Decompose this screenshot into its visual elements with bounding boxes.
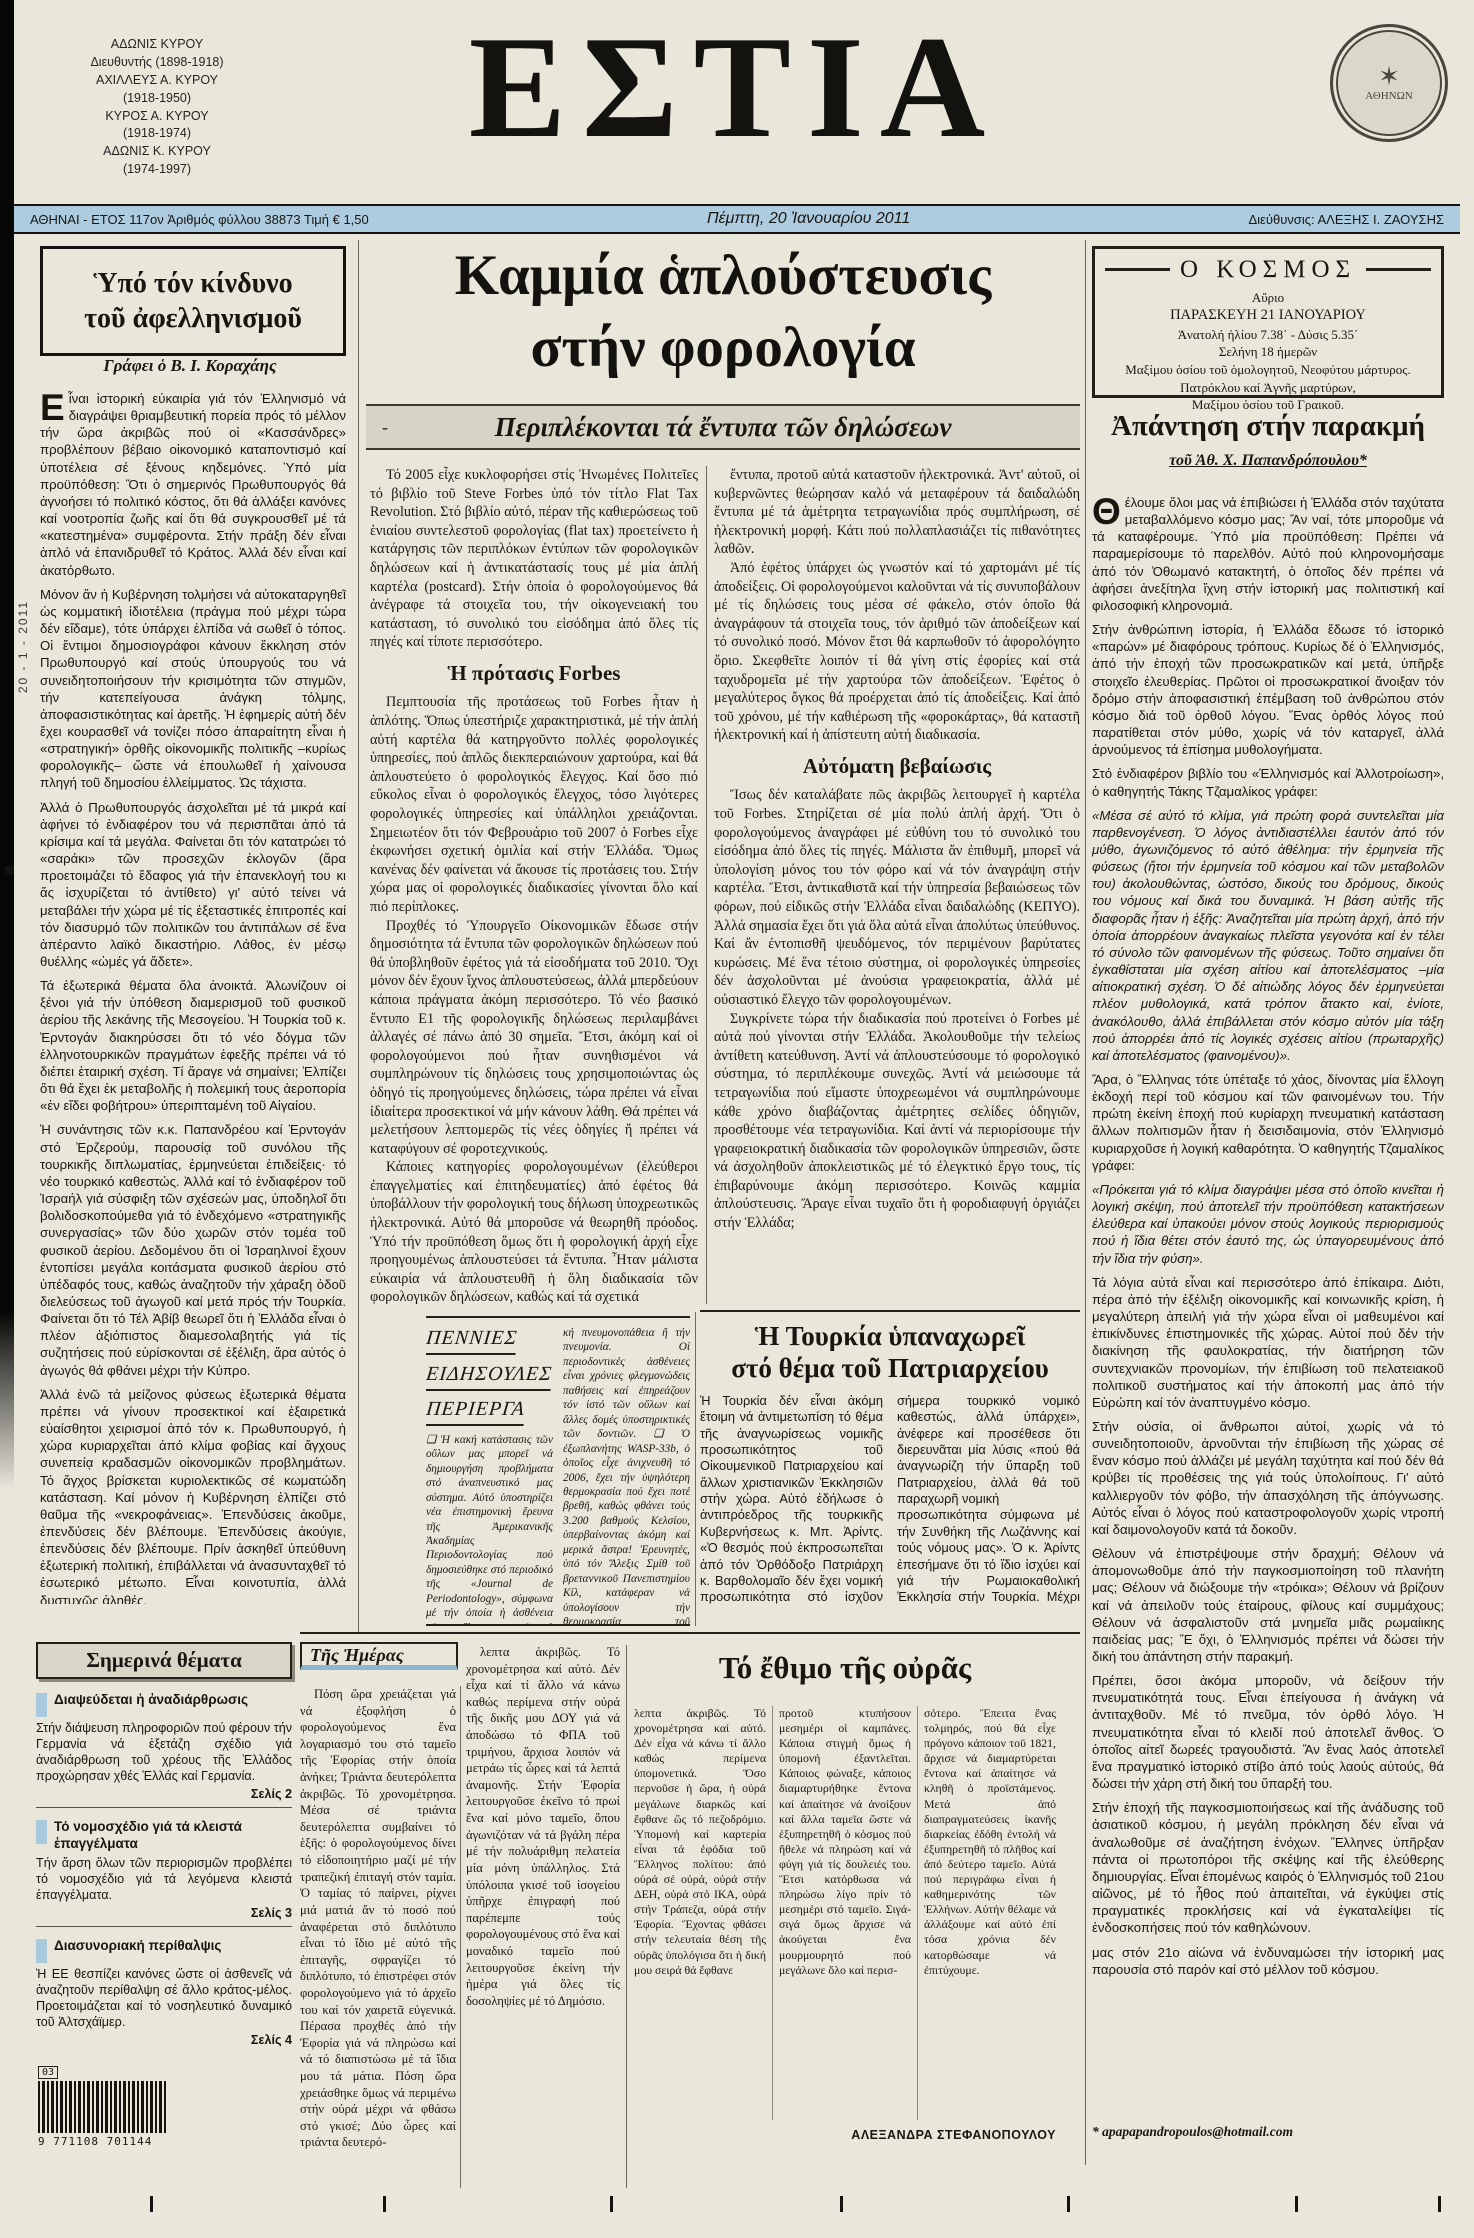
paragraph: ΑΔΩΝΙΣ ΚΥΡΟΥ <box>52 36 262 53</box>
lead-headline: Καμμία ἁπλούστευσις στήν φορολογία <box>366 240 1080 385</box>
section-rule <box>300 1632 1080 1634</box>
column-rule <box>626 1645 627 2188</box>
column-rule <box>695 1312 696 1626</box>
paragraph: Προχθές τό Ὑπουργεῖο Οἰκονομικῶν ἔδωσε σ… <box>370 917 698 1159</box>
paragraph: Πεμπτουσία τῆς προτάσεως τοῦ Forbes ἦταν… <box>370 693 698 916</box>
paragraph: Πόση ὥρα χρειάζεται γιά νά ἐξοφλήση ὁ φο… <box>300 1686 456 2151</box>
paragraph: Εἶναι ἱστορική εὐκαιρία γιά τόν Ἑλληνισμ… <box>40 390 346 579</box>
paragraph: Ἀλλά ἐνῶ τά μείζονος φύσεως ἐξωτερικά θέ… <box>40 1386 346 1604</box>
of-the-day-header: Τῆς Ἡμέρας <box>300 1642 458 1670</box>
dateline-date: Πέμπτη, 20 Ἰανουαρίου 2011 <box>707 210 910 228</box>
pennies-column-2: κή πνευμονοπάθεια ἤ τήν πνευμονία. Οἱ πε… <box>563 1326 690 1624</box>
of-the-day-column-1: Πόση ὥρα χρειάζεται γιά νά ἐξοφλήση ὁ φο… <box>300 1686 456 2186</box>
editorial-body: Εἶναι ἱστορική εὐκαιρία γιά τόν Ἑλληνισμ… <box>40 390 346 1604</box>
topic-marker-icon <box>36 1820 47 1844</box>
topic-title: Διασυνοριακή περίθαλψις <box>36 1937 292 1963</box>
paragraph: ΑΧΙΛΛΕΥΣ Α. ΚΥΡΟΥ <box>52 72 262 89</box>
paragraph: (1974-1997) <box>52 161 262 178</box>
topic-title: Διαψεύδεται ἡ ἀναδιάρθρωσις <box>36 1691 292 1717</box>
paragraph: Ἄρα, ὁ Ἕλληνας τότε ὑπέταξε τό χάος, δίν… <box>1092 1071 1444 1174</box>
paragraph: Πρέπει, ὅσοι ἀκόμα μποροῦν, νά δείξουν τ… <box>1092 1672 1444 1792</box>
paragraph: Ἀπό ἐφέτος ὑπάρχει ὡς γνωστόν καί τό χαρ… <box>714 559 1080 745</box>
lead-column-2: ἔντυπα, προτοῦ αὐτά καταστοῦν ἠλεκτρονικ… <box>714 466 1080 1266</box>
topic-body: Ἡ ΕΕ θεσπίζει κανόνες ὥστε οἱ ἀσθενεῖς ν… <box>36 1966 292 2030</box>
seal-emblem-icon: ✶ <box>1378 64 1400 90</box>
column-rule <box>460 1686 461 2188</box>
registration-mark <box>1295 2196 1298 2212</box>
kosmos-tomorrow-label: Αὔριο <box>1105 289 1431 307</box>
lead-deck: Περιπλέκονται τά ἔντυπα τῶν δηλώσεων <box>495 412 952 443</box>
paragraph: Τό 2005 εἶχε κυκλοφορήσει στίς Ἡνωμένες … <box>370 466 698 652</box>
paragraph: Ἡ συνάντησις τῶν κ.κ. Παπανδρέου καί Ἐρν… <box>40 1121 346 1378</box>
kosmos-moon: Σελήνη 18 ἡμερῶν <box>1105 343 1431 361</box>
paragraph: Κάποιες κατηγορίες φορολογουμένων (ἐλεύθ… <box>370 1158 698 1307</box>
paragraph: Θέλουμε ὅλοι μας νά ἐπιβιώσει ἡ Ἑλλάδα σ… <box>1092 494 1444 614</box>
paragraph: λεπτα ἀκριβῶς. Τό χρονομέτρησα καί αὐτό.… <box>634 1706 766 1978</box>
barcode-issue-number: 03 <box>38 2066 58 2079</box>
kosmos-saints: Μαξίμου ὁσίου τοῦ ὁμολογητοῦ, Νεοφύτου μ… <box>1105 361 1431 414</box>
todays-topics-header: Σημερινά θέματα <box>36 1642 292 1679</box>
of-the-day-column-2: λεπτα ἀκριβῶς. Τό χρονομέτρησα καί αὐτό.… <box>466 1644 620 2188</box>
opinion-author-email: * apapapandropoulos@hotmail.com <box>1092 2124 1444 2140</box>
editorial-byline: Γράφει ὁ Β. Ι. Κοραχάης <box>40 356 340 376</box>
topic-body: Τήν ἄρση ὅλων τῶν περιορισμῶν προβλέπει … <box>36 1855 292 1903</box>
masthead-directors: ΑΔΩΝΙΣ ΚΥΡΟΥΔιευθυντής (1898-1918)ΑΧΙΛΛΕ… <box>52 36 262 179</box>
paragraph: ❏ Ἡ κακή κατάστασις τῶν οὔλων μας μπορεῖ… <box>426 1433 553 1624</box>
pennies-box: ΠΕΝΝΙΕΣ ΕΙΔΗΣΟΥΛΕΣ ΠΕΡΙΕΡΓΑ ❏ Ἡ κακή κατ… <box>426 1316 690 1626</box>
topic-page-ref: Σελίς 3 <box>36 1905 292 1921</box>
paragraph: Στό ἐνδιαφέρον βιβλίο του «Ἑλληνισμός κα… <box>1092 765 1444 799</box>
opinion-title: Ἀπάντηση στήν παρακμή <box>1092 410 1444 443</box>
queue-article-signature: ΑΛΕΞΑΝΔΡΑ ΣΤΕΦΑΝΟΠΟΥΛΟΥ <box>836 2128 1056 2142</box>
editorial-title-line2: τοῦ ἀφελληνισμοῦ <box>84 301 302 336</box>
lead-headline-line2: στήν φορολογία <box>366 312 1080 384</box>
paragraph: (1918-1974) <box>52 125 262 142</box>
spine-bullet <box>5 866 14 875</box>
paragraph: Ἀλλά ὁ Πρωθυπουργός ἀσχολεῖται μέ τά μικ… <box>40 799 346 971</box>
paragraph: λεπτα ἀκριβῶς. Τό χρονομέτρησα καί αὐτό.… <box>466 1644 620 2009</box>
turkey-title: Ἡ Τουρκία ὑπαναχωρεῖ στό θέμα τοῦ Πατρια… <box>700 1320 1080 1385</box>
newspaper-seal: ✶ ΑΘΗΝΩΝ <box>1330 24 1448 142</box>
pennies-title: ΠΕΝΝΙΕΣ ΕΙΔΗΣΟΥΛΕΣ ΠΕΡΙΕΡΓΑ <box>426 1326 553 1433</box>
scan-spine-shadow <box>0 0 14 1490</box>
kosmos-sun-times: Ἀνατολή ἡλίου 7.38΄ - Δύσις 5.35΄ <box>1105 326 1431 344</box>
issn-barcode: 03 9 771108 701144 <box>38 2062 166 2148</box>
paragraph: Πατρόκλου καί Ἁγνῆς μαρτύρων, <box>1105 379 1431 397</box>
paragraph: Συγκρίνετε τώρα τήν διαδικασία πού προτε… <box>714 1010 1080 1233</box>
registration-mark <box>1067 2196 1070 2212</box>
paragraph: προτοῦ κτυπήσουν μεσημέρι οἱ καμπάνες. Κ… <box>779 1706 911 1978</box>
column-rule <box>1085 240 1086 2165</box>
spine-date: 20 - 1 - 2011 <box>16 600 30 693</box>
turkey-body: Ἡ Τουρκία δέν εἶναι ἀκόμη ἕτοιμη νά ἀντι… <box>700 1393 1080 1613</box>
deck-dash: - <box>382 417 388 438</box>
topic-page-ref: Σελίς 4 <box>36 2032 292 2048</box>
editorial-title-box: Ὑπό τόν κίνδυνο τοῦ ἀφελληνισμοῦ <box>40 246 346 356</box>
todays-topics-box: Σημερινά θέματα Διαψεύδεται ἡ ἀναδιάρθρω… <box>36 1642 292 2062</box>
topic-marker-icon <box>36 1939 47 1963</box>
paragraph: (1918-1950) <box>52 90 262 107</box>
seal-text: ΑΘΗΝΩΝ <box>1365 90 1412 102</box>
column-rule <box>706 466 707 1304</box>
lead-deck-bar: - Περιπλέκονται τά ἔντυπα τῶν δηλώσεων <box>366 404 1080 450</box>
kosmos-tomorrow-date: ΠΑΡΑΣΚΕΥΗ 21 ΙΑΝΟΥΑΡΙΟΥ <box>1105 306 1431 326</box>
paragraph: «Πρόκειται γιά τό κλίμα διαγράψει μέσα σ… <box>1092 1181 1444 1267</box>
paragraph: Μαξίμου ὁσίου τοῦ ὁμολογητοῦ, Νεοφύτου μ… <box>1105 361 1431 379</box>
newspaper-title: ΕΣΤΙΑ <box>320 14 1150 160</box>
paragraph: ΚΥΡΟΣ Α. ΚΥΡΟΥ <box>52 108 262 125</box>
paragraph: Ἴσως δέν καταλάβατε πῶς ἀκριβῶς λειτουργ… <box>714 786 1080 1009</box>
lead-headline-line1: Καμμία ἁπλούστευσις <box>366 240 1080 312</box>
turkey-article: Ἡ Τουρκία ὑπαναχωρεῖ στό θέμα τοῦ Πατρια… <box>700 1310 1080 1628</box>
registration-mark <box>1438 2196 1441 2212</box>
queue-article-body: λεπτα ἀκριβῶς. Τό χρονομέτρησα καί αὐτό.… <box>634 1706 1056 2120</box>
registration-mark <box>610 2196 613 2212</box>
paragraph: ἔντυπα, προτοῦ αὐτά καταστοῦν ἠλεκτρονικ… <box>714 466 1080 559</box>
registration-mark <box>383 2196 386 2212</box>
dateline-edition: ΑΘΗΝΑΙ - ΕΤΟΣ 117ον Ἀριθμός φύλλου 38873… <box>30 212 369 227</box>
kosmos-calendar-box: Ο ΚΟΣΜΟΣ Αὔριο ΠΑΡΑΣΚΕΥΗ 21 ΙΑΝΟΥΑΡΙΟΥ Ἀ… <box>1092 246 1444 398</box>
paragraph: Στήν οὐσία, οἱ ἄνθρωποι αὐτοί, χωρίς νά … <box>1092 1418 1444 1538</box>
queue-article-title: Τό ἔθιμο τῆς οὐρᾶς <box>634 1650 1056 1686</box>
paragraph: Διευθυντής (1898-1918) <box>52 54 262 71</box>
paragraph: Τά ἐξωτερικά θέματα ὅλα ἀνοικτά. Ἀλωνίζο… <box>40 977 346 1114</box>
topic-page-ref: Σελίς 2 <box>36 1786 292 1802</box>
registration-mark <box>150 2196 153 2212</box>
topic-title: Τό νομοσχέδιο γιά τά κλειστά ἐπαγγέλματα <box>36 1818 292 1853</box>
topic-item: Διαψεύδεται ἡ ἀναδιάρθρωσις Στήν διάψευσ… <box>36 1691 292 1808</box>
paragraph: μας στόν 21ο αἰώνα νά ἐνδυναμώσει τήν ἱσ… <box>1092 1944 1444 1978</box>
newspaper-front-page: 20 - 1 - 2011 ΑΔΩΝΙΣ ΚΥΡΟΥΔιευθυντής (18… <box>0 0 1474 2238</box>
dateline-director: Διεύθυνσις: ΑΛΕΞΗΣ Ι. ΖΑΟΥΣΗΣ <box>1248 212 1444 227</box>
paragraph: Μόνον ἄν ἡ Κυβέρνηση τολμήσει νά αὐτοκατ… <box>40 586 346 792</box>
barcode-bars <box>38 2081 166 2133</box>
paragraph: ΑΔΩΝΙΣ Κ. ΚΥΡΟΥ <box>52 143 262 160</box>
registration-mark <box>840 2196 843 2212</box>
barcode-digits: 9 771108 701144 <box>38 2135 166 2148</box>
topic-item: Τό νομοσχέδιο γιά τά κλειστά ἐπαγγέλματα… <box>36 1818 292 1927</box>
paragraph: κή πνευμονοπάθεια ἤ τήν πνευμονία. Οἱ πε… <box>563 1326 690 1624</box>
paragraph: Τά λόγια αὐτά εἶναι καί περισσότερο ἀπό … <box>1092 1274 1444 1411</box>
crosshead-protasis-forbes: Ἡ πρότασις Forbes <box>370 660 698 688</box>
paragraph: Θέλουν νά ἐπιστρέψουμε στήν δραχμή; Θέλο… <box>1092 1545 1444 1665</box>
pennies-column-1: ΠΕΝΝΙΕΣ ΕΙΔΗΣΟΥΛΕΣ ΠΕΡΙΕΡΓΑ ❏ Ἡ κακή κατ… <box>426 1326 553 1624</box>
crosshead-automati-vevaiosis: Αὐτόματη βεβαίωσις <box>714 753 1080 781</box>
editorial-title-line1: Ὑπό τόν κίνδυνο <box>93 266 292 301</box>
lead-column-1: Τό 2005 εἶχε κυκλοφορήσει στίς Ἡνωμένες … <box>370 466 698 1310</box>
topic-body: Στήν διάψευση πληροφοριῶν πού φέρουν τήν… <box>36 1720 292 1784</box>
paragraph: σότερο. Ἔπειτα ἕνας τολμηρός, πού θά εἶχ… <box>924 1706 1056 1978</box>
column-rule <box>358 240 359 1632</box>
paragraph: Στήν ἐποχή τῆς παγκοσμιοποιήσεως καί τῆς… <box>1092 1799 1444 1936</box>
kosmos-title: Ο ΚΟΣΜΟΣ <box>1105 253 1431 287</box>
opinion-byline: τοῦ Ἀθ. Χ. Παπανδρόπουλου* <box>1092 452 1444 470</box>
paragraph: Στήν ἀνθρώπινη ἱστορία, ἡ Ἑλλάδα ἔδωσε τ… <box>1092 621 1444 758</box>
paragraph: «Μέσα σέ αὐτό τό κλίμα, γιά πρώτη φορά σ… <box>1092 807 1444 1064</box>
dateline-bar: ΑΘΗΝΑΙ - ΕΤΟΣ 117ον Ἀριθμός φύλλου 38873… <box>14 204 1460 234</box>
topic-item: Διασυνοριακή περίθαλψις Ἡ ΕΕ θεσπίζει κα… <box>36 1937 292 2053</box>
topic-marker-icon <box>36 1693 47 1717</box>
opinion-body: Θέλουμε ὅλοι μας νά ἐπιβιώσει ἡ Ἑλλάδα σ… <box>1092 494 1444 2110</box>
